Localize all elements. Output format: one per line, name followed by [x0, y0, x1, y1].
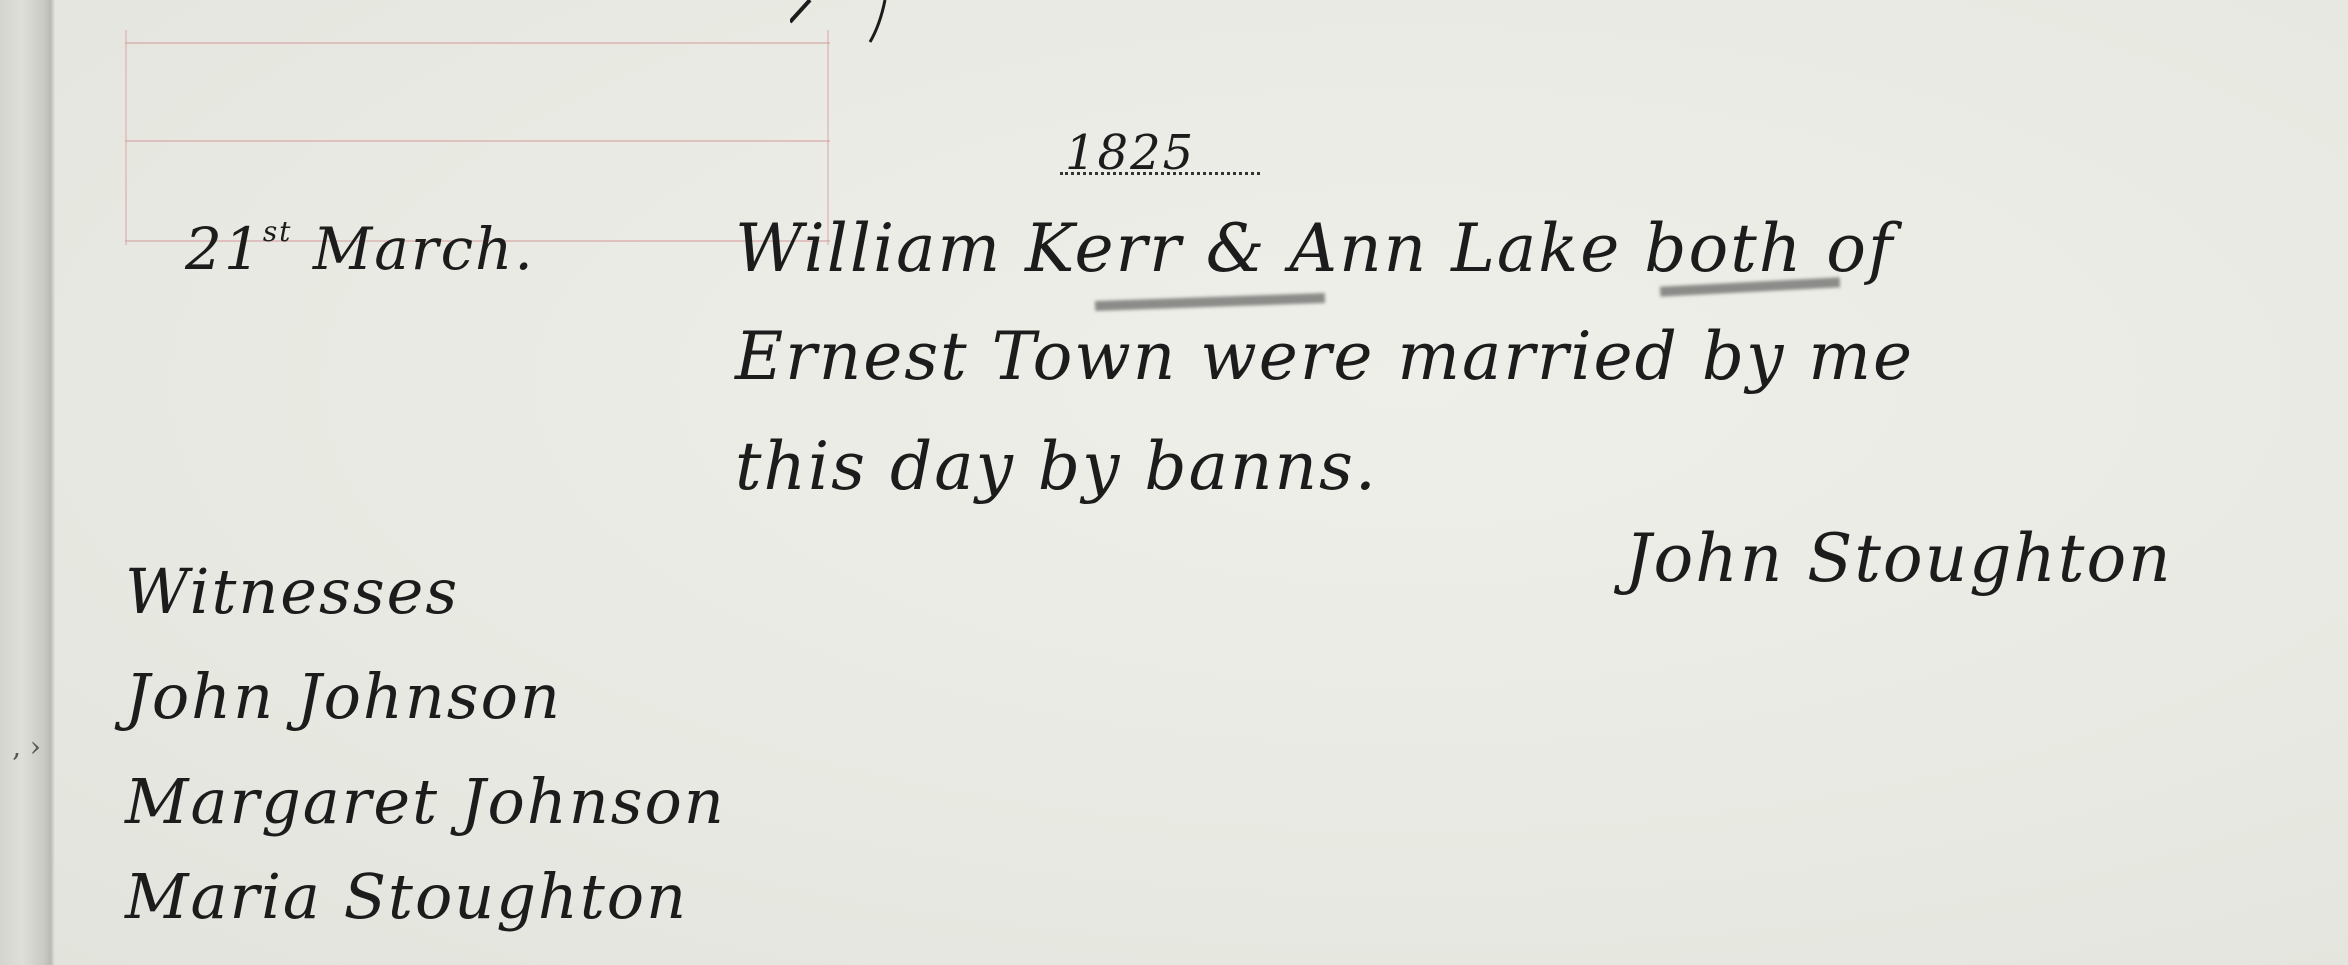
witnesses-label: Witnesses — [125, 555, 459, 628]
entry-line-2: Ernest Town were married by me — [735, 318, 1914, 395]
date-month: March. — [313, 215, 535, 283]
margin-tick-marks: ‚ › — [12, 730, 41, 763]
book-gutter — [0, 0, 55, 965]
register-page: 1825 21st March. William Kerr & Ann Lake… — [0, 0, 2348, 965]
officiant-signature: John Stoughton — [1625, 520, 2173, 597]
date-suffix: st — [263, 215, 293, 248]
ruled-margin-box — [125, 30, 829, 245]
witness-2: Margaret Johnson — [125, 765, 726, 838]
year-flourish — [1060, 172, 1260, 175]
witnesses-label-text: Witnesses — [125, 555, 459, 628]
entry-line-1: William Kerr & Ann Lake both of — [735, 210, 1894, 287]
witness-3: Maria Stoughton — [125, 860, 688, 933]
entry-line-3: this day by banns. — [735, 428, 1378, 505]
underline-kerr — [1095, 293, 1325, 311]
date-day: 21 — [185, 215, 263, 283]
ruled-line — [125, 140, 830, 142]
ruled-line — [125, 42, 830, 44]
ink-strokes-top — [790, 0, 910, 45]
witness-1: John Johnson — [125, 660, 562, 733]
entry-date: 21st March. — [185, 215, 535, 283]
